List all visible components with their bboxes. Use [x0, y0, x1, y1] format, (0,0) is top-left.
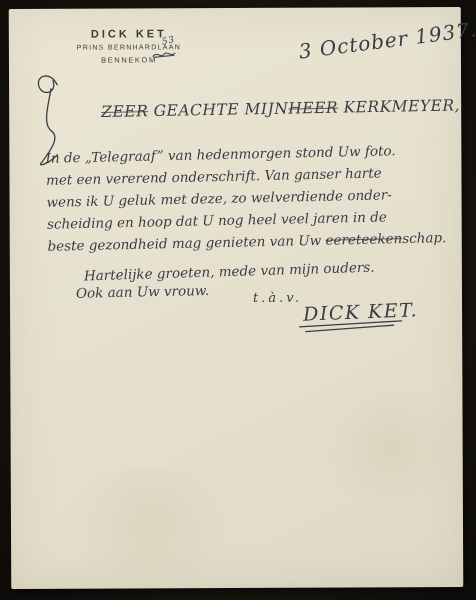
- signature: Dick Ket.: [303, 299, 419, 325]
- paper-stain: [51, 468, 251, 579]
- struck-word: eereteeken: [325, 231, 402, 249]
- salutation-word: Geachte Mijn: [148, 100, 288, 121]
- paper-stain: [310, 387, 471, 508]
- date-line: 3 October 1937.: [297, 17, 476, 64]
- closing-formula: t.à.v.: [253, 291, 302, 306]
- greeting-line: Hartelijke groeten, mede van mijn ouders…: [84, 260, 375, 285]
- letterhead-street: PRINS BERNHARDLAAN: [39, 44, 219, 52]
- salutation-word: Zeer: [101, 102, 148, 121]
- letter-paper: DICK KET PRINS BERNHARDLAAN BENNEKOM 53 …: [9, 7, 464, 589]
- salutation: Zeer Geachte Mijnheer Kerkmeyer,: [101, 97, 446, 121]
- letter-body: In de „Telegraaf” van hedenmorgen stond …: [45, 139, 457, 258]
- salutation-word: Kerkmeyer,: [338, 96, 460, 116]
- letterhead: DICK KET PRINS BERNHARDLAAN BENNEKOM: [39, 28, 219, 65]
- ink-scribble-strikeout-icon: [151, 48, 177, 60]
- letterhead-name: DICK KET: [39, 28, 219, 41]
- greeting-line: Ook aan Uw vrouw.: [76, 283, 209, 302]
- letterhead-city: BENNEKOM: [39, 55, 219, 65]
- salutation-word: heer: [288, 99, 338, 118]
